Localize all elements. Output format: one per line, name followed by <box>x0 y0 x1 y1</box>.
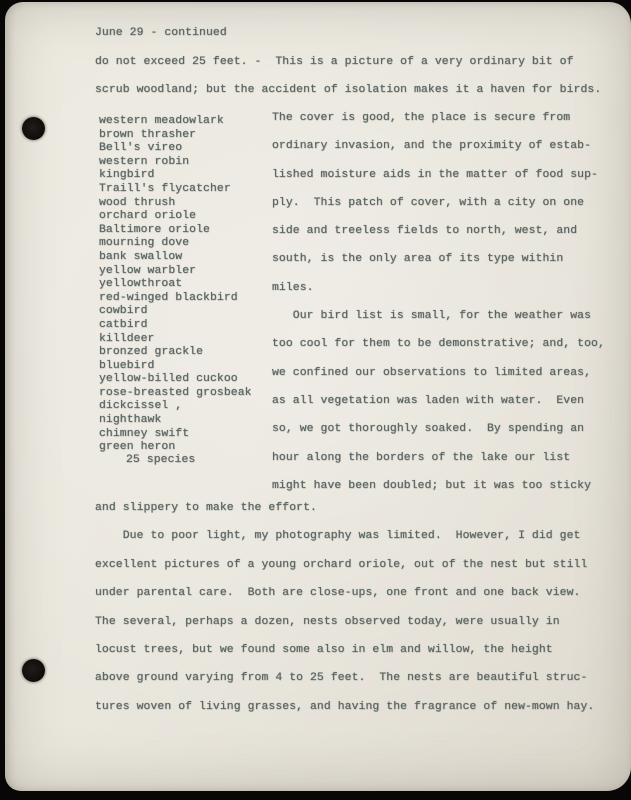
text-line: ordinary invasion, and the proximity of … <box>272 132 605 160</box>
text-line: The several, perhaps a dozen, nests obse… <box>95 608 594 636</box>
text-line: we confined our observations to limited … <box>272 359 605 387</box>
bird-species-list: western meadowlarkbrown thrasherBell's v… <box>99 115 252 455</box>
bird-species-item: orchard oriole <box>99 210 252 224</box>
text-line: do not exceed 25 feet. - This is a pictu… <box>95 48 601 76</box>
text-line: south, is the only area of its type with… <box>272 245 605 273</box>
text-line: above ground varying from 4 to 25 feet. … <box>95 664 594 692</box>
bird-species-item: bank swallow <box>99 251 252 265</box>
bird-species-item: kingbird <box>99 169 252 183</box>
punch-hole-top <box>22 117 45 140</box>
text-line: as all vegetation was laden with water. … <box>272 387 605 415</box>
text-line: Due to poor light, my photography was li… <box>95 522 594 550</box>
text-line: lished moisture aids in the matter of fo… <box>272 161 605 189</box>
journal-page: June 29 - continued do not exceed 25 fee… <box>5 2 631 791</box>
page-header-date: June 29 - continued <box>95 26 227 40</box>
bird-species-item: dickcissel , <box>99 400 252 414</box>
bird-species-item: bronzed grackle <box>99 346 252 360</box>
text-line: Our bird list is small, for the weather … <box>272 302 605 330</box>
bird-species-item: chimney swift <box>99 428 252 442</box>
text-line: locust trees, but we found some also in … <box>95 636 594 664</box>
text-line: under parental care. Both are close-ups,… <box>95 579 594 607</box>
bird-species-item: yellowthroat <box>99 278 252 292</box>
bird-species-item: red-winged blackbird <box>99 292 252 306</box>
bird-species-item: Baltimore oriole <box>99 224 252 238</box>
bird-species-item: Bell's vireo <box>99 142 252 156</box>
scan-backdrop: { "document": { "header": "June 29 - con… <box>0 0 631 800</box>
bird-species-item: Traill's flycatcher <box>99 183 252 197</box>
text-line: so, we got thoroughly soaked. By spendin… <box>272 415 605 443</box>
punch-hole-bottom <box>22 659 45 682</box>
text-line: and slippery to make the effort. <box>95 494 594 522</box>
bird-species-item: catbird <box>99 319 252 333</box>
bird-species-item: wood thrush <box>99 197 252 211</box>
bird-species-item: rose-breasted grosbeak <box>99 387 252 401</box>
bird-species-item: killdeer <box>99 333 252 347</box>
bird-species-item: yellow warbler <box>99 265 252 279</box>
text-line: miles. <box>272 274 605 302</box>
text-line: The cover is good, the place is secure f… <box>272 104 605 132</box>
bird-species-item: green heron <box>99 441 252 455</box>
text-line: hour along the borders of the lake our l… <box>272 444 605 472</box>
bird-species-item: mourning dove <box>99 237 252 251</box>
bird-species-item: nighthawk <box>99 414 252 428</box>
text-line: excellent pictures of a young orchard or… <box>95 551 594 579</box>
intro-paragraph: do not exceed 25 feet. - This is a pictu… <box>95 48 601 104</box>
observations-column: The cover is good, the place is secure f… <box>272 104 605 500</box>
bird-species-item: western robin <box>99 156 252 170</box>
bird-species-item: western meadowlark <box>99 115 252 129</box>
bird-species-item: brown thrasher <box>99 129 252 143</box>
closing-paragraphs: and slippery to make the effort. Due to … <box>95 494 594 721</box>
text-line: scrub woodland; but the accident of isol… <box>95 76 601 104</box>
text-line: tures woven of living grasses, and havin… <box>95 693 594 721</box>
bird-species-item: bluebird <box>99 360 252 374</box>
bird-species-item: cowbird <box>99 305 252 319</box>
text-line: ply. This patch of cover, with a city on… <box>272 189 605 217</box>
text-line: side and treeless fields to north, west,… <box>272 217 605 245</box>
bird-species-total: 25 species <box>126 454 195 468</box>
bird-species-item: yellow-billed cuckoo <box>99 373 252 387</box>
text-line: too cool for them to be demonstrative; a… <box>272 330 605 358</box>
